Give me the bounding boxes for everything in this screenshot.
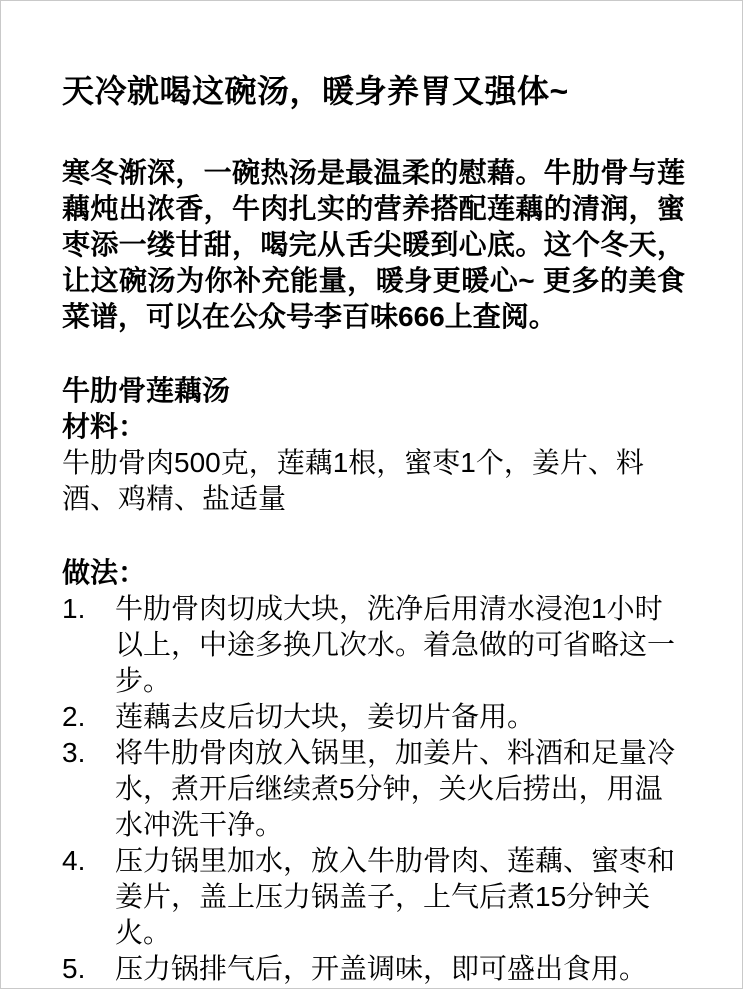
intro-paragraph: 寒冬渐深，一碗热汤是最温柔的慰藉。牛肋骨与莲藕炖出浓香，牛肉扎实的营养搭配莲藕的… <box>62 155 685 335</box>
steps-label: 做法： <box>62 555 685 591</box>
step-item: 莲藕去皮后切大块，姜切片备用。 <box>62 699 685 735</box>
ingredients-text: 牛肋骨肉500克，莲藕1根，蜜枣1个，姜片、料酒、鸡精、盐适量 <box>62 445 685 517</box>
page-title: 天冷就喝这碗汤，暖身养胃又强体~ <box>62 71 685 111</box>
recipe-title: 牛肋骨莲藕汤 <box>62 373 685 409</box>
step-item: 压力锅排气后，开盖调味，即可盛出食用。 <box>62 951 685 987</box>
steps-list: 牛肋骨肉切成大块，洗净后用清水浸泡1小时以上，中途多换几次水。着急做的可省略这一… <box>62 591 685 987</box>
ingredients-label: 材料： <box>62 409 685 445</box>
step-item: 牛肋骨肉切成大块，洗净后用清水浸泡1小时以上，中途多换几次水。着急做的可省略这一… <box>62 591 685 699</box>
step-item: 压力锅里加水，放入牛肋骨肉、莲藕、蜜枣和姜片，盖上压力锅盖子，上气后煮15分钟关… <box>62 843 685 951</box>
step-item: 将牛肋骨肉放入锅里，加姜片、料酒和足量冷水，煮开后继续煮5分钟，关火后捞出，用温… <box>62 735 685 843</box>
document-page: 天冷就喝这碗汤，暖身养胃又强体~ 寒冬渐深，一碗热汤是最温柔的慰藉。牛肋骨与莲藕… <box>0 0 743 989</box>
